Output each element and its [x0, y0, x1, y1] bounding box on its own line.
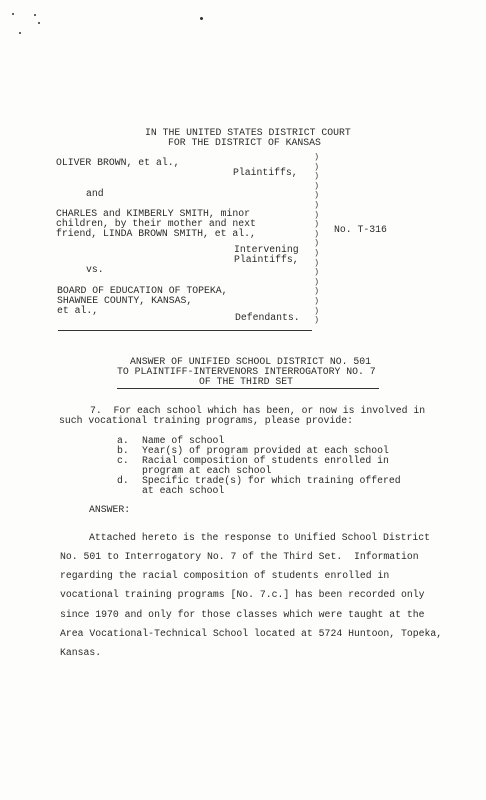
paren: )	[314, 316, 322, 326]
plaintiffs-role: Plaintiffs,	[233, 168, 298, 178]
answer-line7: Kansas.	[60, 648, 101, 658]
answer-heading-line3: OF THE THIRD SET	[199, 377, 293, 387]
caption-underline	[58, 330, 312, 331]
scan-speck	[200, 17, 203, 20]
defendants-role: Defendants.	[235, 313, 300, 323]
item-d-text-line2: at each school	[142, 486, 224, 496]
intervenors-role-line2: Plaintiffs,	[234, 255, 299, 265]
court-name-line2: FOR THE DISTRICT OF KANSAS	[168, 138, 321, 148]
answer-line3: regarding the racial composition of stud…	[60, 571, 389, 581]
answer-line4: vocational training programs [No. 7.c.] …	[60, 590, 425, 600]
answer-line5: since 1970 and only for those classes wh…	[60, 610, 425, 620]
case-number: No. T-316	[334, 225, 387, 235]
caption-bracket: ) ) ) ) ) ) ) ) ) ) ) ) ) ) ) ) ) )	[314, 153, 322, 326]
plaintiffs-name: OLIVER BROWN, et al.,	[56, 158, 179, 168]
heading-underline	[117, 388, 379, 389]
scan-speck	[19, 32, 21, 34]
scan-speck	[34, 14, 36, 16]
answer-line2: No. 501 to Interrogatory No. 7 of the Th…	[60, 552, 419, 562]
scan-speck	[38, 22, 40, 24]
and-connector: and	[86, 189, 104, 199]
vs-connector: vs.	[86, 265, 104, 275]
item-d-marker: d.	[117, 476, 129, 486]
answer-label: ANSWER:	[89, 505, 130, 515]
answer-line1: Attached hereto is the response to Unifi…	[89, 533, 430, 543]
document-page: IN THE UNITED STATES DISTRICT COURT FOR …	[0, 0, 486, 800]
answer-line6: Area Vocational-Technical School located…	[60, 629, 442, 639]
interrogatory-line2: such vocational training programs, pleas…	[59, 416, 353, 426]
scan-speck	[12, 13, 14, 15]
item-c-marker: c.	[117, 456, 129, 466]
defendants-line3: et al.,	[57, 306, 98, 316]
intervenors-line3: friend, LINDA BROWN SMITH, et al.,	[56, 229, 256, 239]
